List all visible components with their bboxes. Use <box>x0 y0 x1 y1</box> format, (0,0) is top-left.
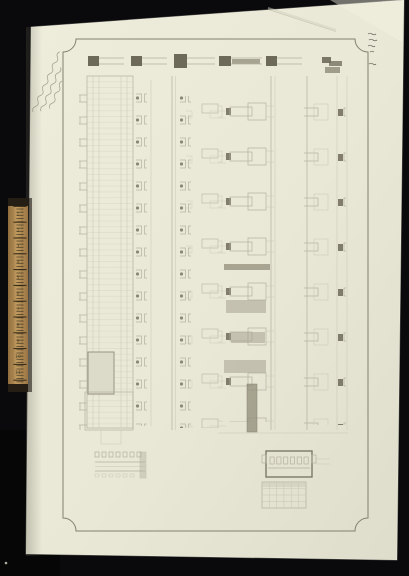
ruler-number: 8 <box>17 323 20 329</box>
ruler-number: 4 <box>17 259 20 265</box>
ruler-shadow <box>28 198 32 392</box>
ruler-number: 2 <box>17 228 20 234</box>
detail-strip-e <box>304 76 347 430</box>
photo-svg: 1 2 3 4 5 6 7 8 9 10 11 <box>0 0 409 576</box>
detail-strip-c <box>172 76 226 430</box>
ruler-number: 1 <box>17 212 20 218</box>
ruler-number: 11 <box>15 370 21 376</box>
photograph-canvas: 1 2 3 4 5 6 7 8 9 10 11 <box>0 0 409 576</box>
ruler-number: 7 <box>17 307 20 313</box>
ruler-end-cap-bottom <box>8 384 28 392</box>
ruler-number: 5 <box>17 275 20 281</box>
ruler: 1 2 3 4 5 6 7 8 9 10 11 <box>8 198 32 392</box>
ruler-end-cap-top <box>8 198 28 206</box>
paper-speck <box>5 562 8 565</box>
ruler-number: 3 <box>17 244 20 250</box>
ruler-number: 6 <box>17 291 20 297</box>
ruler-number: 10 <box>15 354 21 360</box>
ruler-number: 9 <box>17 338 20 344</box>
detail-strip-a <box>79 76 133 444</box>
